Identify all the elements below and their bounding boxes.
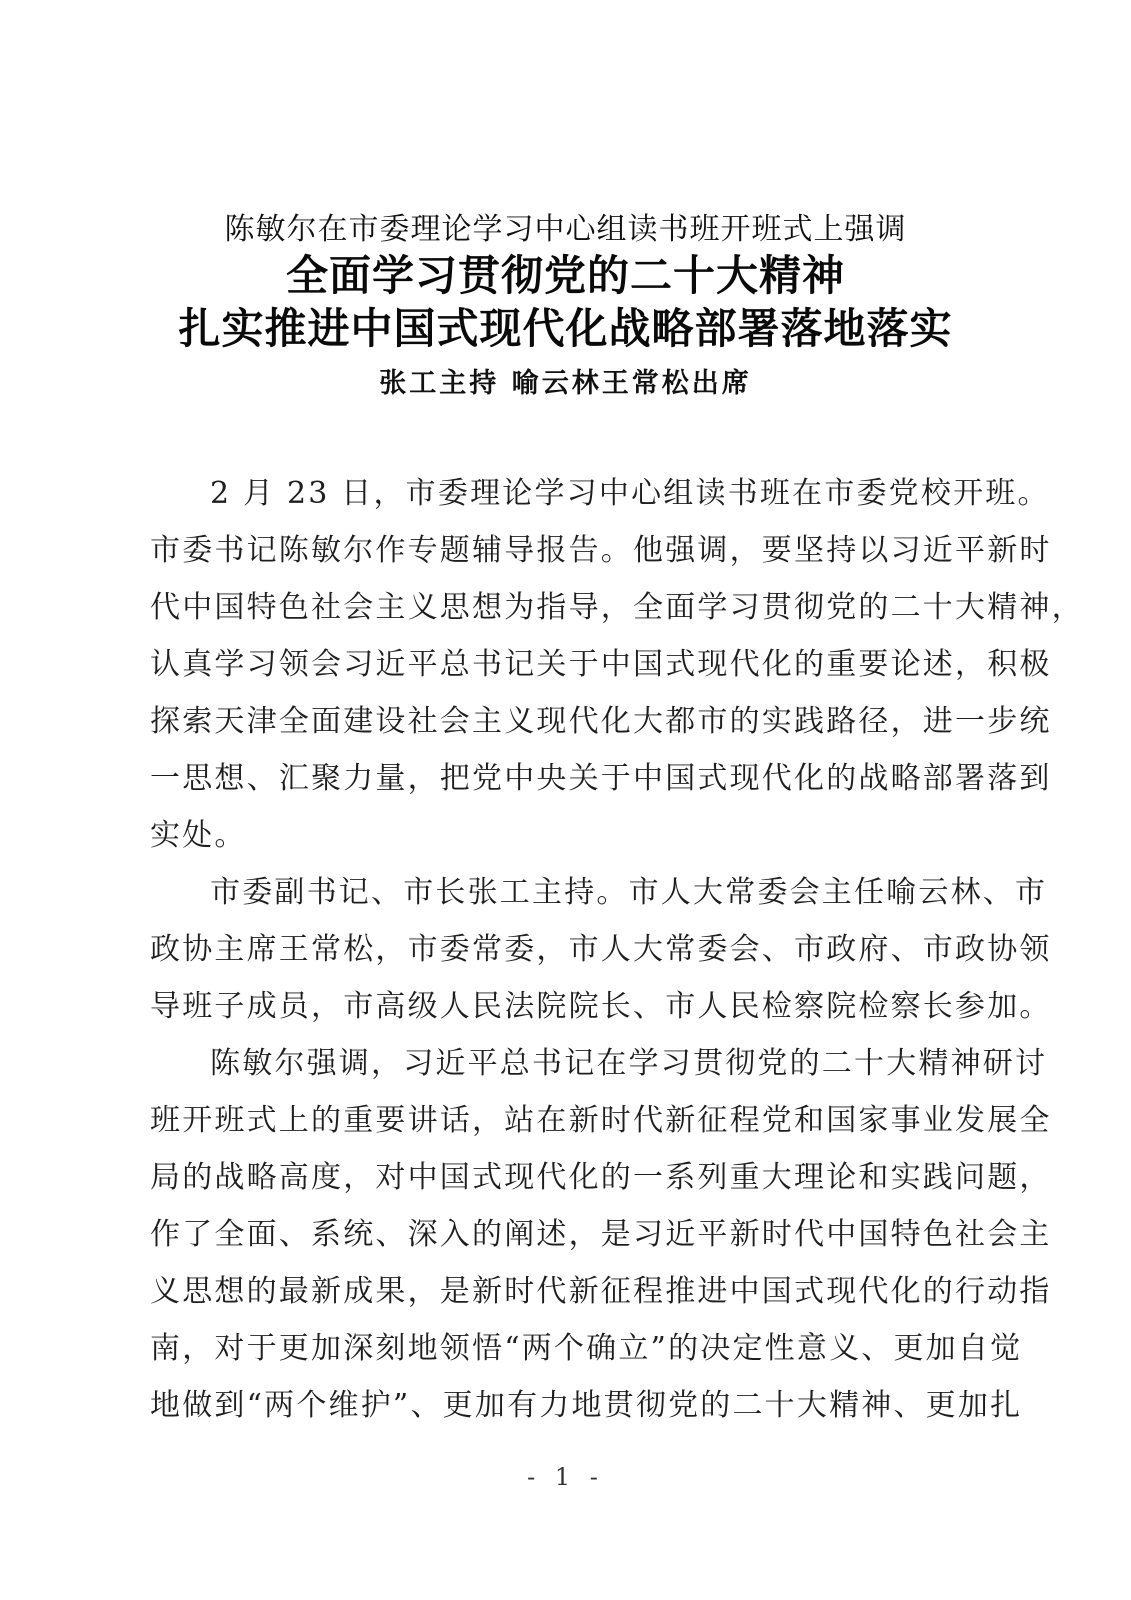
paragraph-1-line: 2 月 23 日，市委理论学习中心组读书班在市委党校开班。: [150, 465, 980, 522]
paragraph-3-line: 陈敏尔强调，习近平总书记在学习贯彻党的二十大精神研讨: [150, 1035, 980, 1092]
document-page: 陈敏尔在市委理论学习中心组读书班开班式上强调 全面学习贯彻党的二十大精神 扎实推…: [0, 0, 1131, 1600]
paragraph-3-line: 义思想的最新成果，是新时代新征程推进中国式现代化的行动指: [150, 1263, 980, 1320]
page-number: - 1 -: [0, 1462, 1131, 1492]
paragraph-1-line: 一思想、汇聚力量，把党中央关于中国式现代化的战略部署落到: [150, 750, 980, 807]
article-title-line-1: 全面学习贯彻党的二十大精神: [0, 250, 1131, 302]
paragraph-1-line: 实处。: [150, 807, 980, 864]
paragraph-2-line: 政协主席王常松，市委常委，市人大常委会、市政府、市政协领: [150, 921, 980, 978]
article-byline: 张工主持 喻云林王常松出席: [0, 366, 1131, 402]
paragraph-2-line: 市委副书记、市长张工主持。市人大常委会主任喻云林、市: [150, 864, 980, 921]
paragraph-3-line: 南，对于更加深刻地领悟“两个确立”的决定性意义、更加自觉: [150, 1320, 980, 1377]
paragraph-1-line: 市委书记陈敏尔作专题辅导报告。他强调，要坚持以习近平新时: [150, 522, 980, 579]
paragraph-1-line: 探索天津全面建设社会主义现代化大都市的实践路径，进一步统: [150, 693, 980, 750]
paragraph-1-line: 认真学习领会习近平总书记关于中国式现代化的重要论述，积极: [150, 636, 980, 693]
paragraph-1-line: 代中国特色社会主义思想为指导，全面学习贯彻党的二十大精神，: [150, 579, 980, 636]
article-title-line-2: 扎实推进中国式现代化战略部署落地落实: [0, 303, 1131, 355]
article-subtitle: 陈敏尔在市委理论学习中心组读书班开班式上强调: [0, 210, 1131, 250]
article-body: 2 月 23 日，市委理论学习中心组读书班在市委党校开班。 市委书记陈敏尔作专题…: [150, 465, 980, 1434]
paragraph-3-line: 局的战略高度，对中国式现代化的一系列重大理论和实践问题，: [150, 1149, 980, 1206]
paragraph-3-line: 班开班式上的重要讲话，站在新时代新征程党和国家事业发展全: [150, 1092, 980, 1149]
paragraph-3-line: 地做到“两个维护”、更加有力地贯彻党的二十大精神、更加扎: [150, 1377, 980, 1434]
paragraph-3-line: 作了全面、系统、深入的阐述，是习近平新时代中国特色社会主: [150, 1206, 980, 1263]
paragraph-2-line: 导班子成员，市高级人民法院院长、市人民检察院检察长参加。: [150, 978, 980, 1035]
